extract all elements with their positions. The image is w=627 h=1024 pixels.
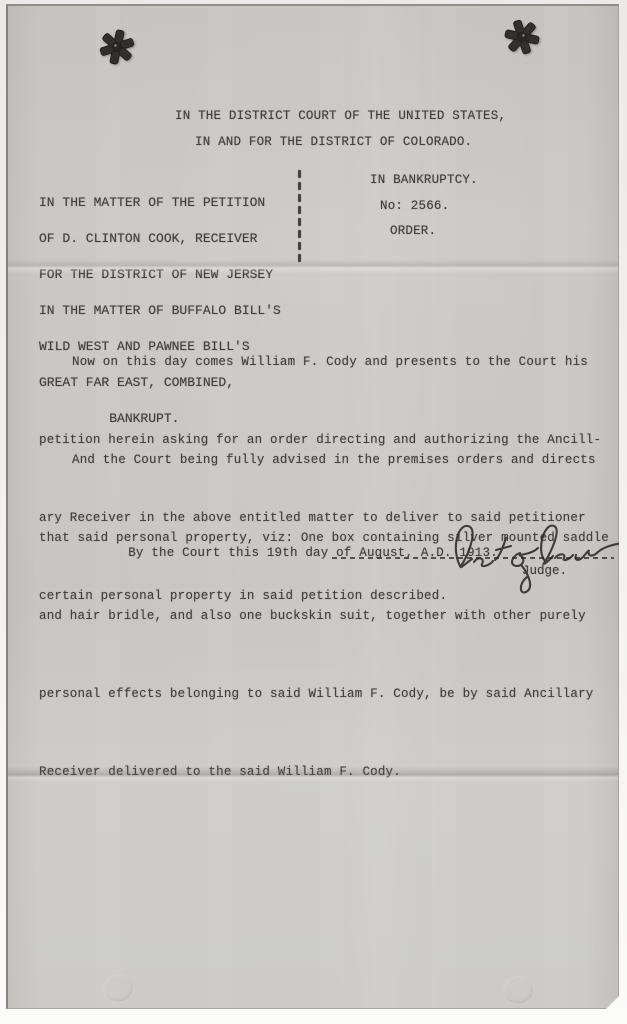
judge-title: Judge. [522,564,567,578]
document-page: IN THE DISTRICT COURT OF THE UNITED STAT… [6,4,619,1009]
court-title-line2: IN AND FOR THE DISTRICT OF COLORADO. [195,135,472,149]
order-label: ORDER. [390,224,436,238]
closing-date-line: By the Court this 19th day of August, A.… [39,514,498,592]
body-line: and hair bridle, and also one buckskin s… [39,603,609,629]
bankruptcy-label: IN BANKRUPTCY. [370,173,478,187]
court-title-line1: IN THE DISTRICT COURT OF THE UNITED STAT… [175,109,506,123]
caption-line: OF D. CLINTON COOK, RECEIVER [39,233,281,245]
caption-divider [298,168,301,264]
caption-line: IN THE MATTER OF THE PETITION [39,197,281,209]
paper-fastener-icon [96,26,138,68]
scanned-document: IN THE DISTRICT COURT OF THE UNITED STAT… [0,0,627,1024]
body-line: And the Court being fully advised in the… [39,447,609,473]
caption-line: FOR THE DISTRICT OF NEW JERSEY [39,269,281,281]
body-line: Receiver delivered to the said William F… [39,759,609,785]
paper-fastener-icon [501,16,543,58]
body-line: Now on this day comes William F. Cody an… [39,349,601,375]
order-paragraph-2: And the Court being fully advised in the… [39,395,609,837]
case-number: No: 2566. [380,199,449,213]
body-line: personal effects belonging to said Willi… [39,681,609,707]
fastener-impression [503,976,533,1004]
fastener-impression [103,974,133,1002]
judge-signature [448,518,627,594]
